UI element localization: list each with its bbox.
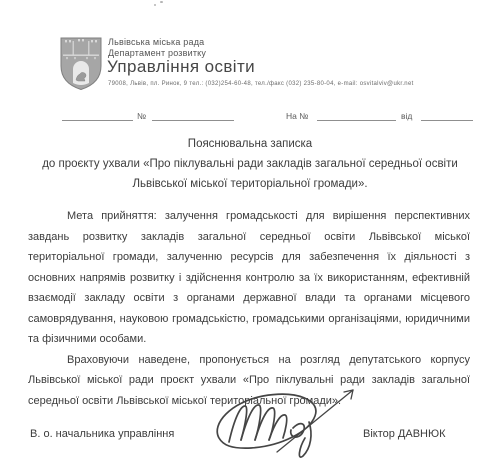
org-division-title: Управління освіти (107, 57, 255, 77)
paragraph-line: взаємодії закладу освіти з органами держ… (28, 288, 470, 309)
number-label: № (137, 111, 146, 121)
number-blank-line (152, 108, 234, 121)
handwritten-signature-icon (205, 382, 370, 462)
document-title: Пояснювальна записка (30, 138, 470, 150)
from-date-blank-line (421, 108, 473, 121)
scanned-letter-page: Львівська міська рада Департамент розвит… (0, 0, 480, 462)
reply-to-number-label: На № (286, 111, 308, 121)
signer-name: Віктор ДАВНЮК (363, 428, 446, 440)
scan-artifact-dot (160, 1, 163, 3)
letter-body: Мета прийняття: залучення громадськості … (28, 206, 470, 411)
signer-position-label: В. о. начальника управління (30, 428, 174, 440)
paragraph-line: Враховуючи наведене, пропонується на роз… (28, 350, 470, 371)
document-subtitle-line: до проєкту ухвали «Про піклувальні ради … (18, 158, 480, 170)
paragraph-line: основних напрямів розвитку і здійснення … (28, 268, 470, 289)
paragraph-line: Мета прийняття: залучення громадськості … (28, 206, 470, 227)
paragraph-line: територіальної громади, залученню ресурс… (28, 247, 470, 268)
paragraph-line: та фізичними особами. (28, 329, 470, 350)
org-name-line: Львівська міська рада (108, 37, 204, 47)
lviv-coat-of-arms-icon (58, 36, 104, 91)
document-subtitle-line: Львівської міської територіальної громад… (30, 178, 470, 190)
scan-artifact-dot (154, 4, 156, 6)
org-contact-line: 79008, Львів, пл. Ринок, 9 тел.: (032)25… (108, 81, 414, 87)
reply-number-blank-line (317, 108, 396, 121)
paragraph-line: самоврядування, науковою громадськістю, … (28, 309, 470, 330)
date-blank-line (62, 108, 133, 121)
paragraph-line: завдань розвитку закладів загальної сере… (28, 227, 470, 248)
from-date-label: від (401, 111, 412, 121)
